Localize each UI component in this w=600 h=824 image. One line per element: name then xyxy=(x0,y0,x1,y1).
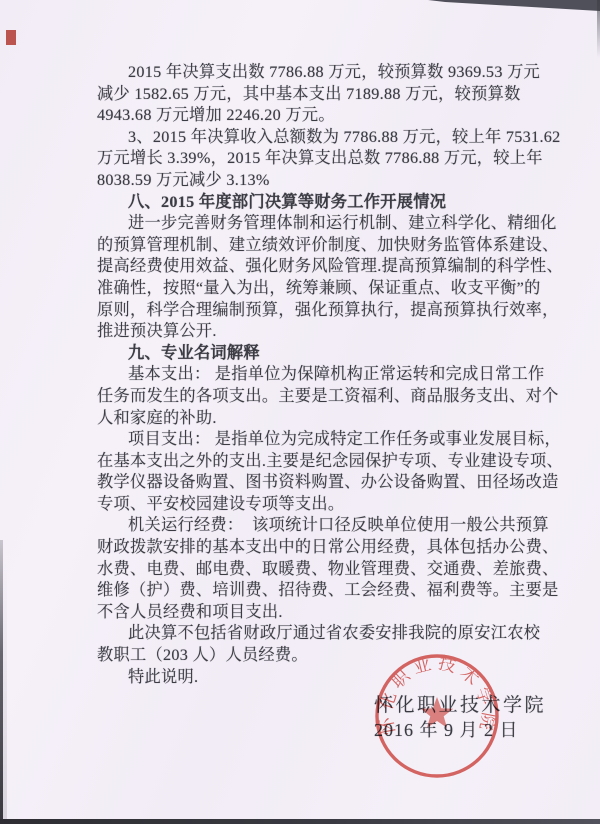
text-line: 进一步完善财务管理体制和运行机制、建立科学化、精细化 xyxy=(0,213,600,235)
scanned-document-page: 2015 年决算支出数 7786.88 万元，较预算数 9369.53 万元减少… xyxy=(0,0,600,824)
text-line: 减少 1582.65 万元，其中基本支出 7189.88 万元，较预算数 xyxy=(0,84,600,106)
text-line: 8038.59 万元减少 3.13% xyxy=(0,170,600,192)
official-seal: 怀化职业技术学院 xyxy=(371,650,503,782)
heading-line: 八、2015 年度部门决算等财务工作开展情况 xyxy=(0,192,600,214)
text-line: 2015 年决算支出数 7786.88 万元，较预算数 9369.53 万元 xyxy=(0,62,600,84)
text-line: 的预算管理机制、建立绩效评价制度、加快财务监管体系建设、 xyxy=(0,235,600,257)
heading-line: 九、专业名词解释 xyxy=(0,343,600,365)
text-line: 人和家庭的补助. xyxy=(0,408,600,430)
text-line: 4943.68 万元增加 2246.20 万元。 xyxy=(0,105,600,127)
text-line: 推进预决算公开. xyxy=(0,321,600,343)
scan-corner-top-right xyxy=(428,0,600,11)
text-line: 不含人员经费和项目支出. xyxy=(0,602,600,624)
text-line: 任务而发生的各项支出。主要是工资福利、商品服务支出、对个 xyxy=(0,386,600,408)
text-line: 在基本支出之外的支出.主要是纪念园保护专项、专业建设专项、 xyxy=(0,451,600,473)
scan-edge-bottom-shadow xyxy=(0,819,600,824)
text-line: 项目支出： 是指单位为完成特定工作任务或事业发展目标， xyxy=(0,429,600,451)
text-line: 此决算不包括省财政厅通过省农委安排我院的原安江农校 xyxy=(0,623,600,645)
text-line: 基本支出： 是指单位为保障机构正常运转和完成日常工作 xyxy=(0,364,600,386)
text-line: 特此说明. xyxy=(0,667,600,689)
scan-edge-left-soft xyxy=(3,560,7,824)
red-ink-mark xyxy=(6,30,16,45)
text-line: 教学仪器设备购置、图书资料购置、办公设备购置、田径场改造 xyxy=(0,472,600,494)
text-line: 维修（护）费、培训费、招待费、工会经费、福利费等。主要是 xyxy=(0,580,600,602)
text-block: 2015 年决算支出数 7786.88 万元，较预算数 9369.53 万元减少… xyxy=(0,62,600,688)
seal-star-icon xyxy=(421,697,453,728)
text-line: 万元增长 3.39%，2015 年决算支出总数 7786.88 万元，较上年 xyxy=(0,148,600,170)
seal-arc-text: 怀化职业技术学院 xyxy=(375,652,499,736)
text-line: 专项、平安校园建设专项等支出。 xyxy=(0,494,600,516)
text-line: 水费、电费、邮电费、取暖费、物业管理费、交通费、差旅费、 xyxy=(0,559,600,581)
text-line: 提高经费使用效益、强化财务风险管理.提高预算编制的科学性、 xyxy=(0,256,600,278)
text-line: 财政拨款安排的基本支出中的日常公用经费，具体包括办公费、 xyxy=(0,537,600,559)
text-line: 3、2015 年决算收入总额数为 7786.88 万元，较上年 7531.62 xyxy=(0,127,600,149)
text-line: 原则，科学合理编制预算，强化预算执行，提高预算执行效率， xyxy=(0,300,600,322)
text-line: 机关运行经费： 该项统计口径反映单位使用一般公共预算 xyxy=(0,515,600,537)
official-seal-graphic: 怀化职业技术学院 xyxy=(371,650,503,782)
text-line: 教职工（203 人）人员经费。 xyxy=(0,645,600,667)
text-line: 准确性，按照“量入为出，统筹兼顾、保证重点、收支平衡”的 xyxy=(0,278,600,300)
